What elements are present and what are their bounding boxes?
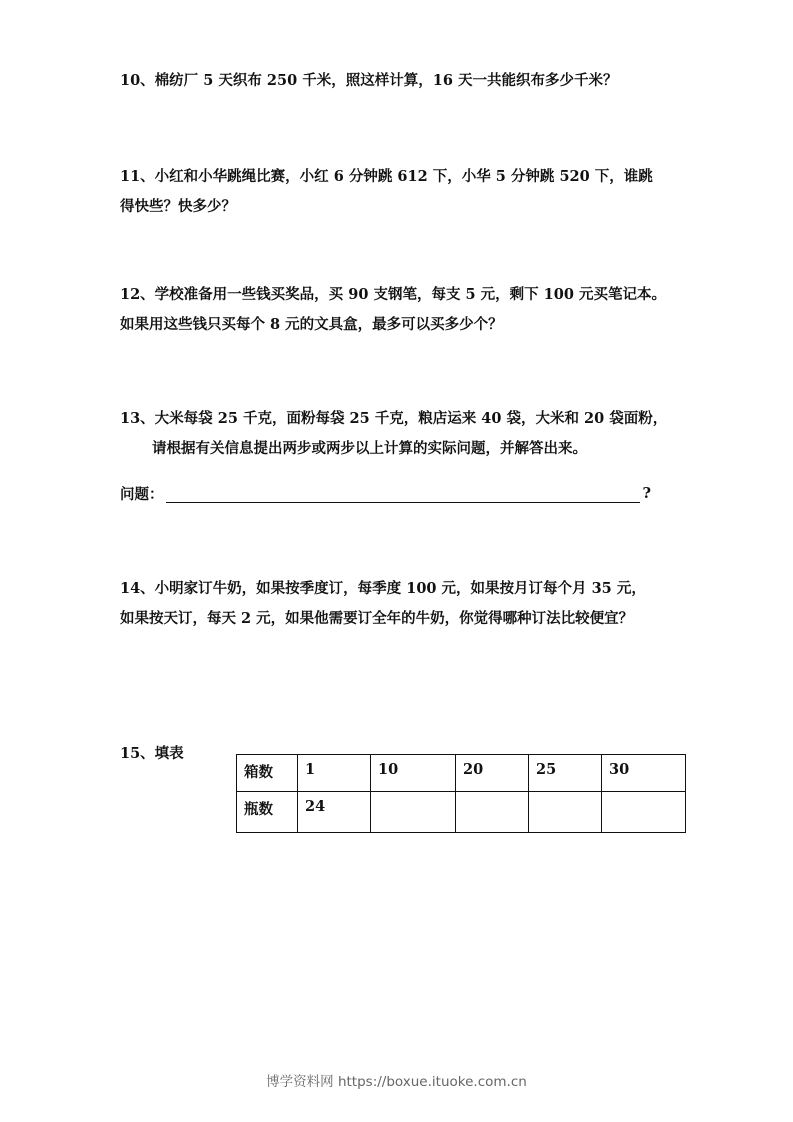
answer-label: 问题： (120, 483, 164, 504)
table-row: 箱数 1 10 20 25 30 (237, 755, 686, 792)
fill-table: 箱数 1 10 20 25 30 瓶数 24 (236, 754, 686, 833)
question-11: 11、小红和小华跳绳比赛，小红 6 分钟跳 612 下，小华 5 分钟跳 520… (120, 162, 690, 222)
question-text: 11、小红和小华跳绳比赛，小红 6 分钟跳 612 下，小华 5 分钟跳 520… (120, 162, 690, 192)
question-13: 13、大米每袋 25 千克，面粉每袋 25 千克，粮店运来 40 袋，大米和 2… (120, 404, 690, 464)
table-cell: 箱数 (237, 755, 298, 792)
answer-blank[interactable] (166, 484, 640, 503)
question-10: 10、棉纺厂 5 天织布 250 千米，照这样计算，16 天一共能织布多少千米？ (120, 66, 690, 96)
question-text: 13、大米每袋 25 千克，面粉每袋 25 千克，粮店运来 40 袋，大米和 2… (120, 404, 690, 434)
answer-suffix: ? (643, 485, 652, 502)
table-cell: 20 (456, 755, 529, 792)
question-14: 14、小明家订牛奶，如果按季度订，每季度 100 元，如果按月订每个月 35 元… (120, 574, 690, 634)
question-15-label: 15、填表 (120, 742, 184, 763)
table-cell: 24 (298, 792, 371, 833)
table-cell-blank[interactable] (371, 792, 456, 833)
question-text: 请根据有关信息提出两步或两步以上计算的实际问题，并解答出来。 (120, 434, 690, 464)
question-text: 得快些？快多少？ (120, 192, 690, 222)
question-text: 14、小明家订牛奶，如果按季度订，每季度 100 元，如果按月订每个月 35 元… (120, 574, 690, 604)
table-cell: 25 (529, 755, 602, 792)
table-row: 瓶数 24 (237, 792, 686, 833)
table-cell: 1 (298, 755, 371, 792)
answer-line: 问题： ? (120, 483, 660, 504)
question-text: 10、棉纺厂 5 天织布 250 千米，照这样计算，16 天一共能织布多少千米？ (120, 66, 690, 96)
table-cell-blank[interactable] (529, 792, 602, 833)
footer-watermark: 博学资料网 https://boxue.ituoke.com.cn (0, 1070, 793, 1090)
table-cell-blank[interactable] (602, 792, 686, 833)
table-cell: 10 (371, 755, 456, 792)
table-cell-blank[interactable] (456, 792, 529, 833)
table-cell: 瓶数 (237, 792, 298, 833)
table-cell: 30 (602, 755, 686, 792)
question-12: 12、学校准备用一些钱买奖品，买 90 支钢笔，每支 5 元，剩下 100 元买… (120, 280, 690, 340)
question-text: 12、学校准备用一些钱买奖品，买 90 支钢笔，每支 5 元，剩下 100 元买… (120, 280, 690, 310)
question-text: 如果按天订，每天 2 元，如果他需要订全年的牛奶，你觉得哪种订法比较便宜？ (120, 604, 690, 634)
question-text: 如果用这些钱只买每个 8 元的文具盒，最多可以买多少个？ (120, 310, 690, 340)
